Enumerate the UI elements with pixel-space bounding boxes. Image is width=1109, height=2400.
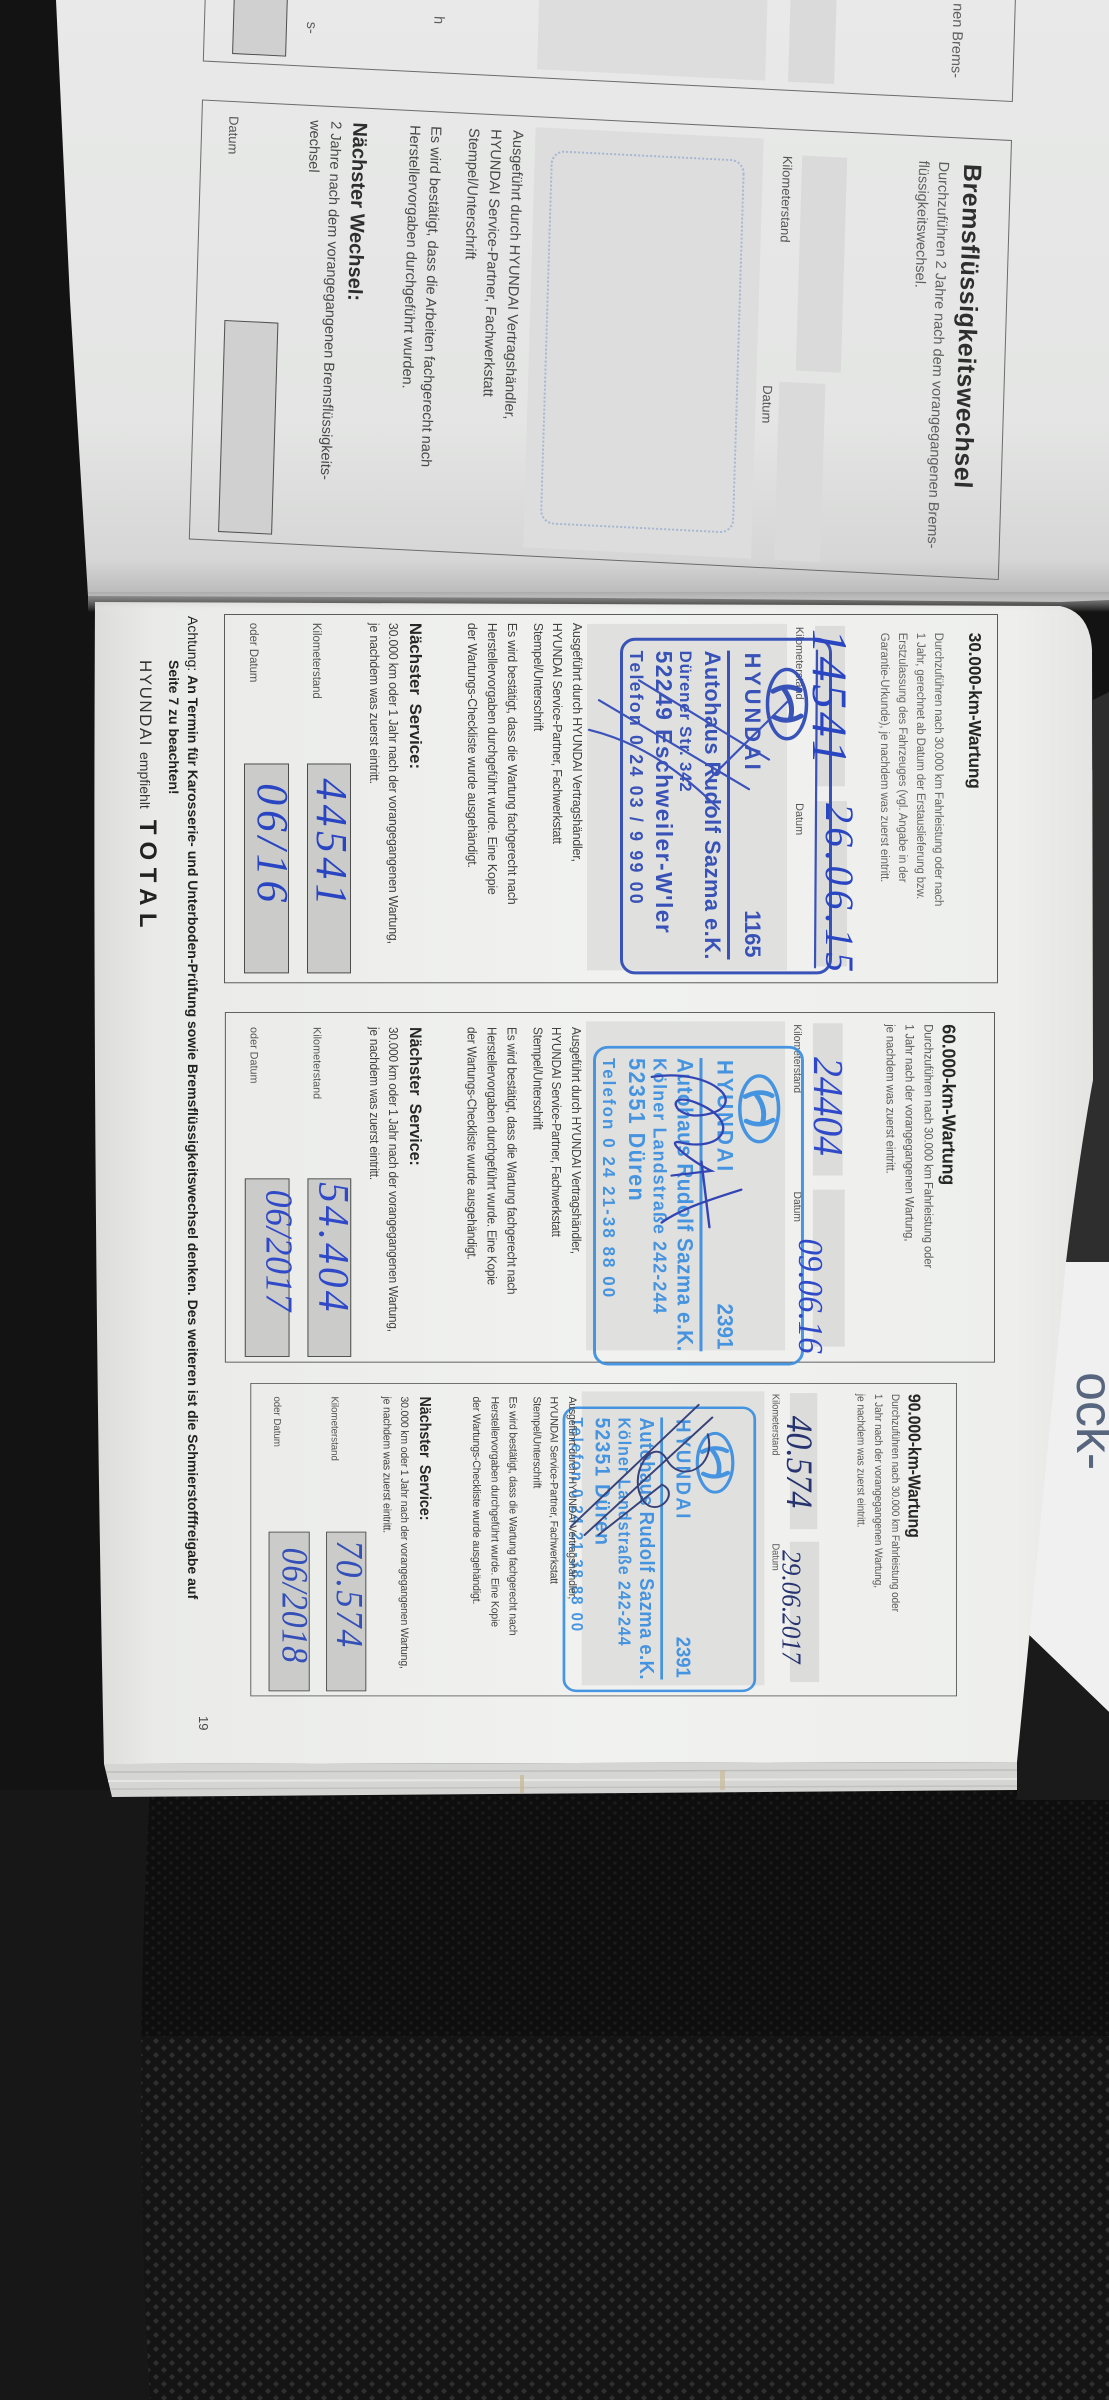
total-logo: TOTAL (134, 820, 161, 935)
text-fragment: s- (303, 21, 318, 34)
text-line: HYUNDAI Service-Partner, Fachwerkstatt (546, 1027, 565, 1254)
dealer-stamp: HYUNDAI 1165 Autohaus Rudolf Sazma e.K. … (620, 638, 832, 975)
next-service-title: Nächster Service: (407, 1027, 424, 1166)
text-line: der Wartungs-Checkliste wurde ausgehändi… (462, 623, 482, 905)
next-mileage-label: Kilometerstand (310, 623, 322, 699)
next-date-box (232, 0, 292, 57)
stamp-area (523, 127, 764, 558)
next-mileage-label: Kilometerstand (310, 1027, 321, 1099)
warning-label: Achtung: (185, 616, 201, 671)
dealer-stamp: HYUNDAI 2391 Autohaus Rudolf Sazma e.K. … (563, 1407, 757, 1693)
text-line: 30.000 km oder 1 Jahr nach der vorangega… (383, 1027, 402, 1332)
text-line: Ausgeführt durch HYUNDAI Vertragshändler… (567, 623, 587, 862)
text-line: je nachdem was zuerst eintritt. (364, 623, 383, 944)
text-line: Stempel/Unterschrift (527, 1027, 546, 1254)
text-line: der Wartungs-Checkliste wurde ausgehändi… (462, 1027, 482, 1294)
description-line: je nachdem was zuerst eintritt. (852, 1394, 869, 1612)
mileage-handwritten: 24404 (806, 1057, 848, 1156)
service-card-30000-km: 30.000-km-Wartung Durchzuführen nach 30.… (224, 614, 998, 983)
next-date-box (218, 320, 278, 535)
next-date-label: oder Datum (271, 1396, 281, 1446)
service-description: Durchzuführen nach 30.000 km Fahrleistun… (875, 633, 947, 906)
next-date-label: oder Datum (247, 623, 259, 682)
text-line: Ausgeführt durch HYUNDAI Vertragshändler… (566, 1027, 585, 1254)
signature-scribble (617, 641, 829, 978)
performed-by-text: Ausgeführt durch HYUNDAI Vertragshändler… (527, 1027, 585, 1254)
next-mileage-handwritten: 54.404 (311, 1182, 355, 1314)
description-line: 1 Jahr nach der vorangegangenen Wartung, (899, 1024, 918, 1268)
footer-warning: Achtung: An Termin für Karosserie- und U… (185, 616, 200, 1599)
date-field (788, 0, 839, 84)
text-line: je nachdem was zuerst eintritt. (378, 1396, 395, 1668)
description-line: 1 Jahr nach der vorangegangenen Wartung, (869, 1394, 886, 1612)
next-mileage-handwritten: 70.574 (330, 1540, 368, 1649)
confirmation-text: Es wird bestätigt, dass die Wartung fach… (468, 1396, 523, 1635)
next-service-text: 30.000 km oder 1 Jahr nach der vorangega… (364, 623, 402, 944)
confirmation-text: Es wird bestätigt, dass die Wartung fach… (462, 623, 522, 905)
recommends-text: empfiehlt (137, 752, 153, 809)
warning-text: An Termin für Karosserie- und Unterboden… (185, 675, 201, 1599)
signature-scribble (560, 1409, 754, 1695)
stamp-bleed-through (540, 150, 745, 534)
brake-fluid-description: Durchzuführen 2 Jahre nach dem vorangega… (902, 160, 954, 549)
description-line: Durchzuführen nach 30.000 km Fahrleistun… (918, 1024, 937, 1268)
confirmation-text: Es wird bestätigt, dass die Wartung fach… (462, 1027, 522, 1294)
text-line: 30.000 km oder 1 Jahr nach der vorangega… (396, 1396, 413, 1668)
text-line: HYUNDAI Service-Partner, Fachwerkstatt (545, 1396, 563, 1599)
page-stain (720, 1770, 725, 1790)
description-line: Durchzuführen nach 30.000 km Fahrleistun… (887, 1394, 904, 1612)
next-mileage-handwritten: 44541 (309, 778, 353, 910)
text-line: 30.000 km oder 1 Jahr nach der vorangega… (383, 623, 402, 944)
next-change-text: 2 Jahre nach dem vorangegangenen Bremsfl… (293, 120, 346, 481)
seat-back-fabric (140, 1790, 1109, 2040)
next-mileage-label: Kilometerstand (328, 1396, 338, 1460)
performed-by-text: Ausgeführt durch HYUNDAI Vertragshändler… (454, 128, 529, 421)
date-label: Datum (760, 385, 774, 424)
mileage-field (796, 156, 847, 373)
footer-warning-line-2: Seite 7 zu beachten! (166, 660, 181, 795)
service-title: 60.000-km-Wartung (938, 1024, 957, 1185)
service-title: 30.000-km-Wartung (966, 633, 984, 789)
performed-by-text: Ausgeführt durch HYUNDAI Vertragshändler… (527, 1396, 580, 1599)
date-handwritten: 26.06.15 (819, 803, 859, 976)
text-fragment: nen Brems- (948, 3, 965, 79)
brake-fluid-change-card: Bremsflüssigkeitswechsel Durchzuführen 2… (189, 100, 1012, 581)
signature-scribble (590, 1049, 801, 1369)
text-line: HYUNDAI Service-Partner, Fachwerkstatt (547, 623, 567, 862)
page-stain (520, 1775, 524, 1793)
text-line: der Wartungs-Checkliste wurde ausgehändi… (468, 1396, 486, 1635)
seat-bolster (0, 1790, 150, 2400)
confirmation-text: Es wird bestätigt, dass die Arbeiten fac… (393, 125, 445, 468)
next-service-title: Nächster Service: (417, 1396, 433, 1520)
service-title: 90.000-km-Wartung (905, 1394, 922, 1538)
next-date-handwritten: 06/16 (250, 783, 294, 907)
performed-by-text: Ausgeführt durch HYUNDAI Vertragshändler… (528, 623, 587, 862)
next-date-label: Datum (226, 116, 240, 155)
text-line: Stempel/Unterschrift (527, 1396, 545, 1599)
service-description: Durchzuführen nach 30.000 km Fahrleistun… (852, 1394, 904, 1612)
next-date-handwritten: 06/2018 (276, 1548, 313, 1664)
text-line: Herstellervorgaben durchgeführt wurde. E… (482, 1027, 502, 1294)
stamp-area (537, 0, 778, 81)
description-line: Durchzuführen nach 30.000 km Fahrleistun… (929, 633, 947, 906)
photo-scene: nen Brems- h s- Bremsflüssigkeitswechsel… (0, 0, 1109, 2400)
mileage-handwritten: 14541 (805, 629, 855, 768)
hyundai-wordmark: HYUNDAI (136, 660, 155, 747)
next-date-handwritten: 06/2017 (260, 1190, 298, 1312)
date-handwritten: 09.06.16 (793, 1239, 828, 1354)
date-field (774, 382, 825, 562)
text-line: Es wird bestätigt, dass die Wartung fach… (501, 1027, 521, 1294)
dealer-stamp: HYUNDAI 2391 Autohaus Rudolf Sazma e.K. … (593, 1046, 804, 1366)
seat-cushion-fabric (140, 2036, 1109, 2400)
text-line: Es wird bestätigt, dass die Wartung fach… (502, 623, 522, 905)
mileage-label: Kilometerstand (779, 156, 795, 243)
service-description: Durchzuführen nach 30.000 km Fahrleistun… (881, 1024, 938, 1268)
service-card-60000-km: 60.000-km-Wartung Durchzuführen nach 30.… (225, 1012, 995, 1363)
description-line: Erstzulassung des Fahrzeuges (vgl. Angab… (893, 633, 911, 906)
next-service-title: Nächster Service: (407, 623, 424, 769)
description-line: 1 Jahr, gerechnet ab Datum der Erstausli… (911, 633, 929, 906)
next-date-label: oder Datum (247, 1027, 258, 1083)
text-fragment: h (431, 16, 446, 25)
next-service-text: 30.000 km oder 1 Jahr nach der vorangega… (378, 1396, 413, 1668)
text-line: Ausgeführt durch HYUNDAI Vertragshändler… (563, 1396, 581, 1599)
next-change-title: Nächster Wechsel: (344, 122, 369, 302)
text-line: Stempel/Unterschrift (528, 623, 548, 862)
footer-sponsor: HYUNDAIempfiehltTOTAL (132, 660, 159, 935)
page-gutter-shadow (88, 592, 1109, 612)
date-handwritten: 29.06.2017 (777, 1550, 804, 1663)
page-number: 19 (197, 1716, 210, 1730)
mileage-handwritten: 40.574 (781, 1416, 818, 1508)
card-text-fragment: ock- (1068, 1372, 1109, 1470)
text-line: je nachdem was zuerst eintritt. (364, 1027, 383, 1332)
next-service-text: 30.000 km oder 1 Jahr nach der vorangega… (364, 1027, 402, 1332)
text-line: Herstellervorgaben durchgeführt wurde. E… (486, 1396, 504, 1635)
text-line: Herstellervorgaben durchgeführt wurde. E… (482, 623, 502, 905)
description-line: je nachdem was zuerst eintritt. (881, 1024, 900, 1268)
text-line: Es wird bestätigt, dass die Wartung fach… (504, 1396, 522, 1635)
description-line: Garantie-Urkunde), je nachdem was zuerst… (875, 633, 893, 906)
service-card-90000-km: 90.000-km-Wartung Durchzuführen nach 30.… (250, 1383, 957, 1696)
brake-fluid-title: Bremsflüssigkeitswechsel (949, 163, 984, 489)
